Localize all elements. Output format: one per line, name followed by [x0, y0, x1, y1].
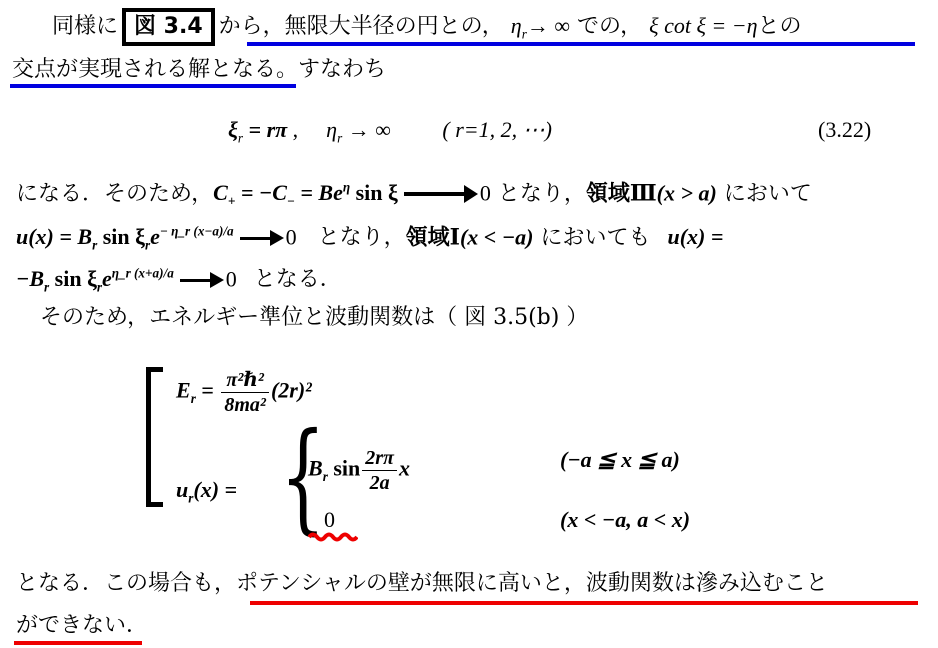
text: での， — [570, 14, 642, 39]
text-underlined: ができない — [16, 613, 126, 638]
equation-number: (3.22) — [818, 116, 871, 144]
arrow-icon — [180, 279, 220, 282]
arrow-icon — [240, 237, 280, 240]
region-3-label: 領域Ⅲ — [586, 180, 657, 206]
wavefunction-case-2-condition: (x < −a, a < x) — [560, 506, 690, 534]
underline-blue — [10, 84, 296, 88]
paragraph1-line2: 交点が実現される解となる。すなわち — [12, 56, 386, 84]
long-arrow-icon — [404, 192, 474, 196]
paragraph2-line2: u(x) = Br sin ξre− η_r (x−a)/a0 となり，領域Ⅰ(… — [16, 218, 723, 260]
eta-r: ηr — [511, 13, 527, 38]
underline-blue — [247, 42, 915, 46]
paragraph2-line4: そのため，エネルギー準位と波動関数は（ 図 3.5(b) ） — [40, 304, 588, 332]
paragraph3-line2: ができない． — [16, 612, 148, 640]
wavefunction-case-1: Br sin2rπ2ax — [308, 446, 410, 495]
paragraph2-line3: −Br sin ξreη_r (x+a)/a0 となる． — [16, 260, 342, 302]
wavy-underline-red — [308, 532, 358, 542]
text: との — [757, 14, 801, 39]
text: から，無限大半径の円との， — [219, 14, 504, 39]
text-underlined: ポテンシャルの壁が無限に高いと，波動関数は滲み込むこと — [236, 571, 828, 596]
paragraph3-line1: となる．この場合も，ポテンシャルの壁が無限に高いと，波動関数は滲み込むこと — [16, 570, 828, 598]
arrow-infinity: → ∞ — [527, 13, 570, 38]
left-bracket — [146, 367, 163, 507]
text-prefix: 同様に — [52, 14, 118, 39]
region-1-label: 領域Ⅰ — [406, 224, 460, 250]
underline-red — [14, 641, 142, 645]
range: ( r=1, 2, ⋯) — [442, 117, 552, 142]
text-underlined: 交点が実現される解となる。 — [12, 57, 298, 82]
equation-3-22: ξr = rπ ,ηr → ∞ ( r=1, 2, ⋯) — [228, 116, 552, 152]
figure-reference-3-4[interactable]: 図 3.4 — [122, 8, 215, 46]
paragraph2-line1: になる．そのため，C+ = −C− = Beη sin ξ0 となり，領域Ⅲ(x… — [16, 174, 812, 216]
wavefunction-lhs: ur(x) = — [176, 476, 237, 512]
wavefunction-case-2: 0 — [324, 506, 335, 534]
wavefunction-case-1-condition: (−a ≦ x ≦ a) — [560, 446, 680, 474]
xi-cot-equation: ξ cot ξ = −η — [649, 13, 757, 38]
text: すなわち — [298, 57, 386, 82]
underline-red — [250, 601, 918, 605]
